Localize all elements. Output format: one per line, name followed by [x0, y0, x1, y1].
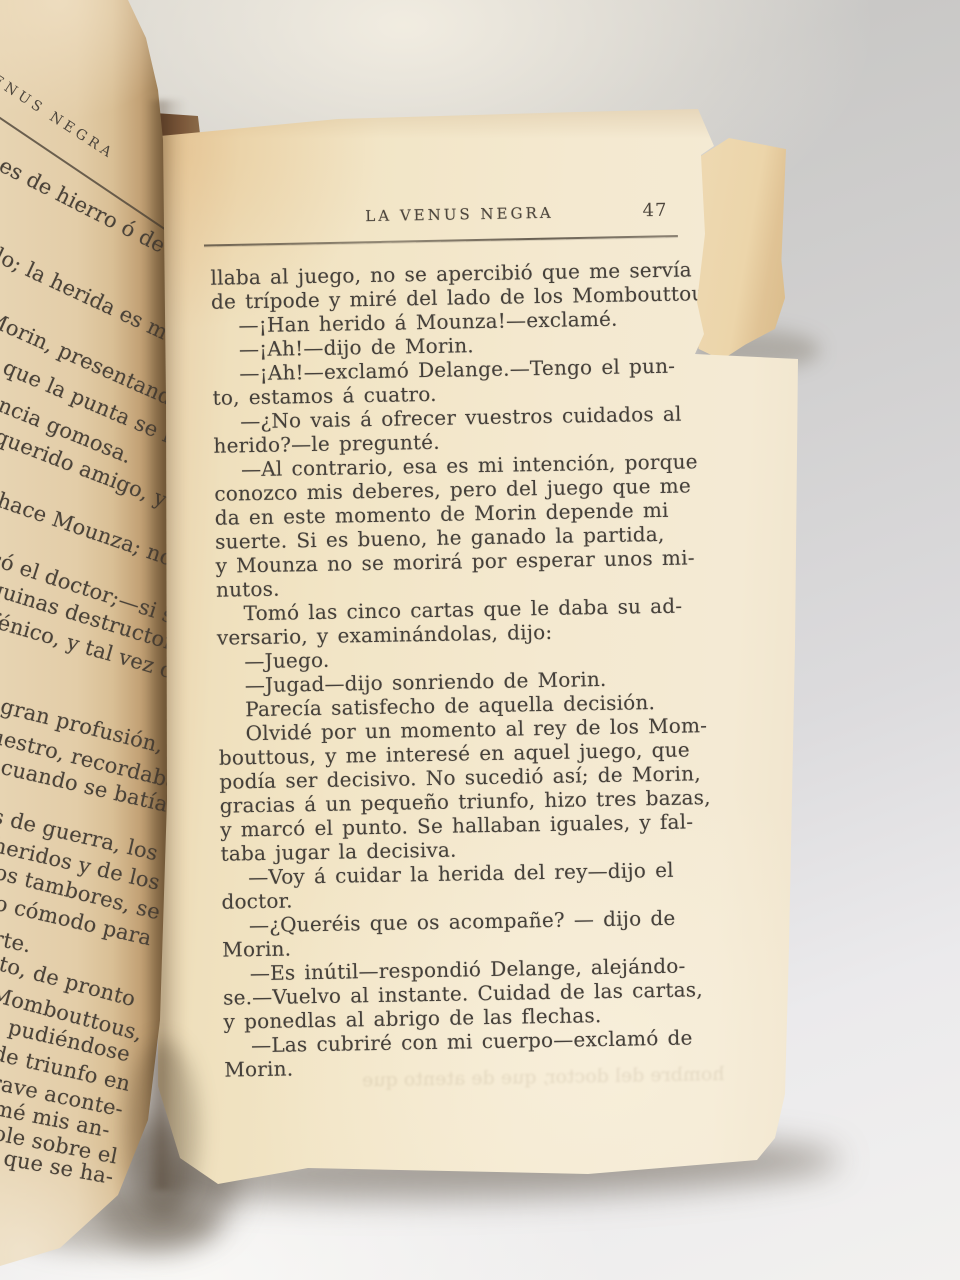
running-title: LA VENUS NEGRA [209, 201, 709, 228]
left-page: VENUS NEGRA ¿es de hierro ó dealo; la he… [0, 0, 170, 1280]
left-page-text: ¿es de hierro ó dealo; la herida es másM… [0, 0, 170, 1280]
torn-under-page [694, 138, 786, 360]
left-page-fragment: ¿es de hierro ó de [0, 148, 169, 258]
page-number: 47 [642, 200, 667, 221]
page-header: LA VENUS NEGRA 47 [209, 201, 709, 232]
book-photo: LA VENUS NEGRA 47 llaba al juego, no se … [0, 0, 960, 1280]
header-rule [204, 235, 678, 247]
page-text: llaba al juego, no se apercibió que me s… [210, 257, 729, 1082]
